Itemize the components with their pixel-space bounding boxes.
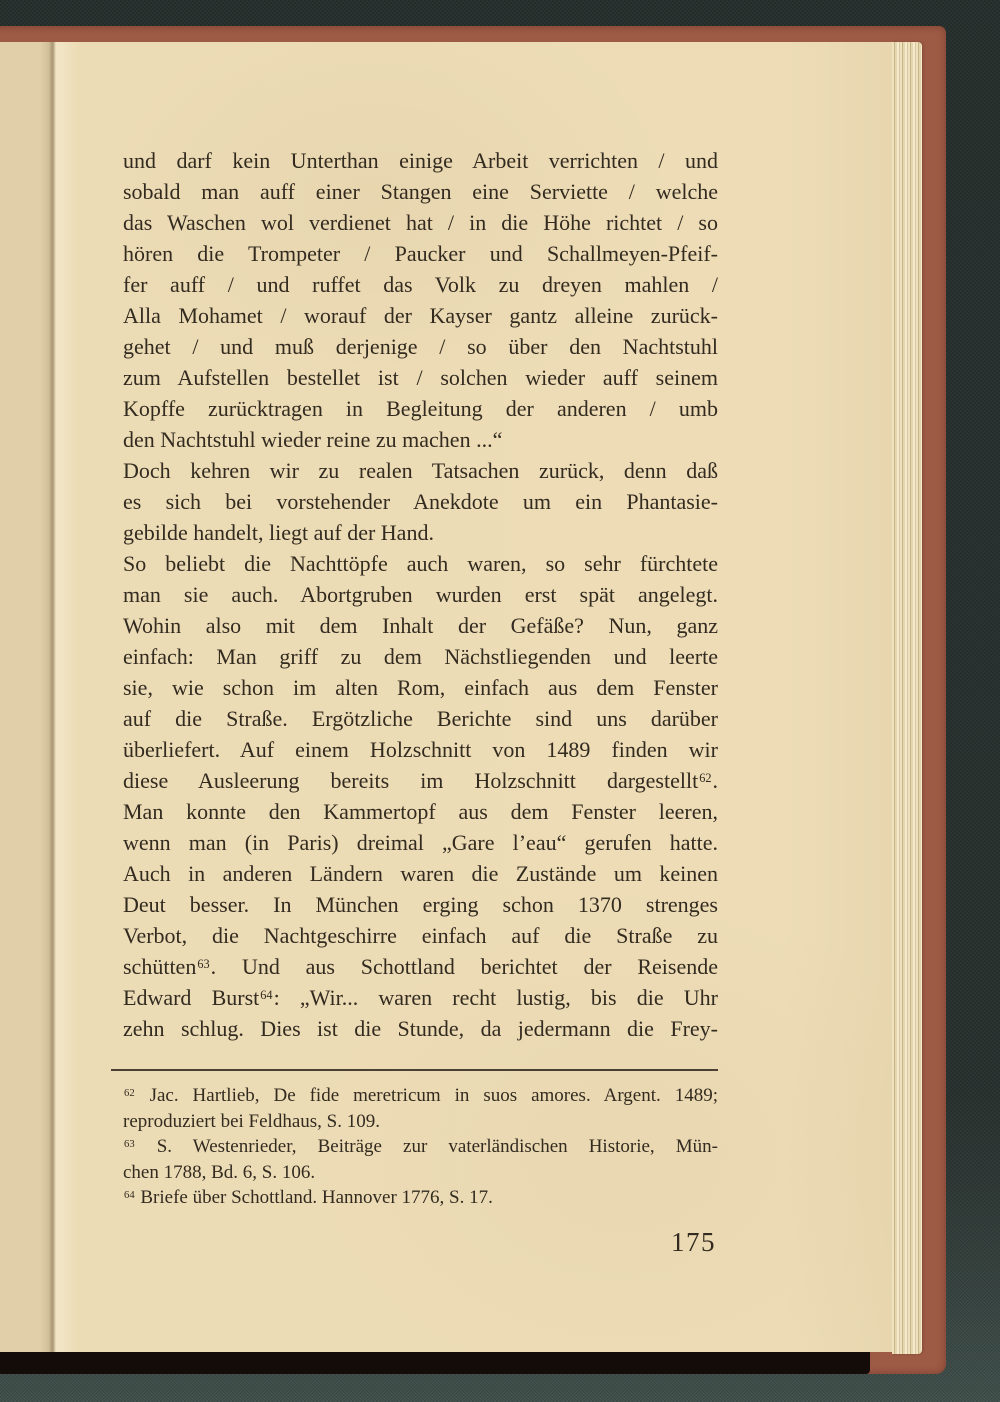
text-line: Man konnte den Kammertopf aus dem Fenste… <box>123 796 718 827</box>
text-line: Doch kehren wir zu realen Tatsachen zurü… <box>123 455 718 486</box>
book-cover: und darf kein Unterthan einige Arbeit ve… <box>0 26 946 1374</box>
text-line: Kopffe zurücktragen in Begleitung der an… <box>123 393 718 424</box>
book-bottom-shadow <box>0 1352 870 1374</box>
text-line: schütten63. Und aus Schottland berichtet… <box>123 951 718 982</box>
text-line: hören die Trompeter / Paucker und Schall… <box>123 238 718 269</box>
book-page: und darf kein Unterthan einige Arbeit ve… <box>0 42 892 1352</box>
page-edges <box>892 42 922 1354</box>
text-line: gehet / und muß derjenige / so über den … <box>123 331 718 362</box>
text-line: So beliebt die Nachttöpfe auch waren, so… <box>123 548 718 579</box>
text-line: sobald man auff einer Stangen eine Servi… <box>123 176 718 207</box>
text-line: es sich bei vorstehender Anekdote um ein… <box>123 486 718 517</box>
footnote-marker: 64 <box>260 988 272 1002</box>
text-line: einfach: Man griff zu dem Nächstliegende… <box>123 641 718 672</box>
footnote-line: chen 1788, Bd. 6, S. 106. <box>123 1160 718 1186</box>
footnote-line: reproduziert bei Feldhaus, S. 109. <box>123 1109 718 1135</box>
text-line: Verbot, die Nachtgeschirre einfach auf d… <box>123 920 718 951</box>
text-line: gebilde handelt, liegt auf der Hand. <box>123 517 718 548</box>
footnote-line: 62 Jac. Hartlieb, De fide meretricum in … <box>123 1083 718 1109</box>
photograph-background: und darf kein Unterthan einige Arbeit ve… <box>0 0 1000 1402</box>
text-line: den Nachtstuhl wieder reine zu machen ..… <box>123 424 718 455</box>
footnote-separator <box>111 1069 718 1071</box>
text-line: Auch in anderen Ländern waren die Zustän… <box>123 858 718 889</box>
text-column: und darf kein Unterthan einige Arbeit ve… <box>123 145 718 1258</box>
text-line: Deut besser. In München erging schon 137… <box>123 889 718 920</box>
text-line: zum Aufstellen bestellet ist / solchen w… <box>123 362 718 393</box>
footnotes: 62 Jac. Hartlieb, De fide meretricum in … <box>123 1083 718 1211</box>
text-line: das Waschen wol verdienet hat / in die H… <box>123 207 718 238</box>
text-line: und darf kein Unterthan einige Arbeit ve… <box>123 145 718 176</box>
text-line: man sie auch. Abortgruben wurden erst sp… <box>123 579 718 610</box>
text-line: Alla Mohamet / worauf der Kayser gantz a… <box>123 300 718 331</box>
text-line: Wohin also mit dem Inhalt der Gefäße? Nu… <box>123 610 718 641</box>
text-line: diese Ausleerung bereits im Holzschnitt … <box>123 765 718 796</box>
footnote-line: 63 S. Westenrieder, Beiträge zur vaterlä… <box>123 1134 718 1160</box>
body-text: und darf kein Unterthan einige Arbeit ve… <box>123 145 718 1044</box>
footnote-marker: 62 <box>699 771 711 785</box>
page-number: 175 <box>123 1227 718 1258</box>
text-line: zehn schlug. Dies ist die Stunde, da jed… <box>123 1013 718 1044</box>
footnote-marker: 63 <box>124 1139 135 1150</box>
footnote-line: 64 Briefe über Schottland. Hannover 1776… <box>123 1185 718 1211</box>
text-line: wenn man (in Paris) dreimal „Gare l’eau“… <box>123 827 718 858</box>
footnote-marker: 62 <box>124 1088 135 1099</box>
footnote-marker: 64 <box>124 1190 135 1201</box>
gutter-crease <box>0 42 95 1352</box>
footnote-marker: 63 <box>197 957 209 971</box>
text-line: sie, wie schon im alten Rom, einfach aus… <box>123 672 718 703</box>
text-line: Edward Burst64: „Wir... waren recht lust… <box>123 982 718 1013</box>
text-line: fer auff / und ruffet das Volk zu dreyen… <box>123 269 718 300</box>
text-line: überliefert. Auf einem Holzschnitt von 1… <box>123 734 718 765</box>
text-line: auf die Straße. Ergötzliche Berichte sin… <box>123 703 718 734</box>
